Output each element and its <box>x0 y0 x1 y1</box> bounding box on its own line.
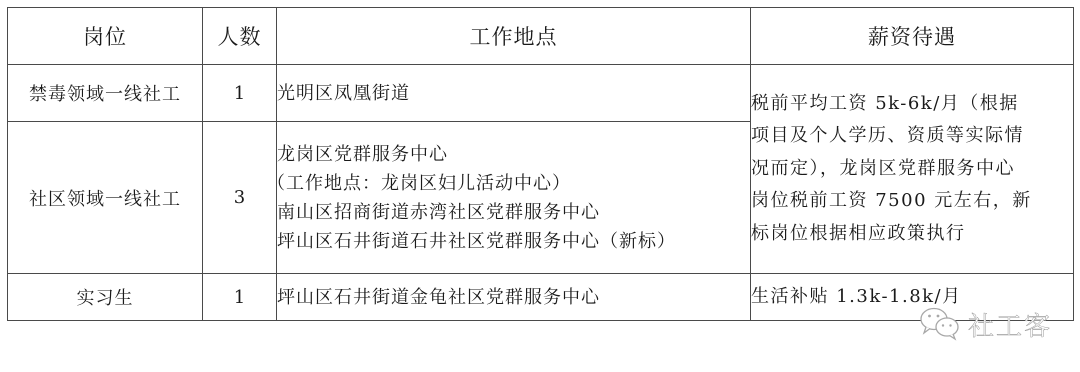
watermark: 社工客 <box>918 304 1052 344</box>
location-line: 龙岗区党群服务中心 <box>277 140 750 169</box>
header-location: 工作地点 <box>277 8 751 65</box>
salary-line: 税前平均工资 5k-6k/月（根据 <box>751 88 1073 121</box>
location-line: 坪山区石井街道石井社区党群服务中心（新标） <box>277 227 750 256</box>
header-count: 人数 <box>203 8 277 65</box>
salary-line: 标岗位根据相应政策执行 <box>751 218 1073 251</box>
table-row: 禁毒领域一线社工 1 光明区凤凰街道 税前平均工资 5k-6k/月（根据 项目及… <box>8 65 1074 122</box>
recruitment-table: 岗位 人数 工作地点 薪资待遇 禁毒领域一线社工 1 光明区凤凰街道 税前平均工… <box>7 7 1074 321</box>
watermark-text: 社工客 <box>968 306 1052 343</box>
table-row: 实习生 1 坪山区石井街道金龟社区党群服务中心 生活补贴 1.3k-1.8k/月 <box>8 274 1074 321</box>
salary-line: 况而定），龙岗区党群服务中心 <box>751 153 1073 186</box>
header-post: 岗位 <box>8 8 203 65</box>
location-line: （工作地点：龙岗区妇儿活动中心） <box>267 169 750 198</box>
location-line: 南山区招商街道赤湾社区党群服务中心 <box>277 198 750 227</box>
location-cell: 光明区凤凰街道 <box>277 65 751 122</box>
salary-cell-shared: 税前平均工资 5k-6k/月（根据 项目及个人学历、资质等实际情 况而定），龙岗… <box>751 65 1074 274</box>
post-cell: 禁毒领域一线社工 <box>8 65 203 122</box>
salary-line: 项目及个人学历、资质等实际情 <box>751 120 1073 153</box>
location-cell: 龙岗区党群服务中心 （工作地点：龙岗区妇儿活动中心） 南山区招商街道赤湾社区党群… <box>277 122 751 274</box>
table-header-row: 岗位 人数 工作地点 薪资待遇 <box>8 8 1074 65</box>
count-cell: 1 <box>203 274 277 321</box>
wechat-icon <box>918 306 962 342</box>
location-line: 光明区凤凰街道 <box>277 79 750 108</box>
header-salary: 薪资待遇 <box>751 8 1074 65</box>
post-cell: 社区领域一线社工 <box>8 122 203 274</box>
post-cell: 实习生 <box>8 274 203 321</box>
location-cell: 坪山区石井街道金龟社区党群服务中心 <box>277 274 751 321</box>
location-line: 坪山区石井街道金龟社区党群服务中心 <box>277 283 750 312</box>
count-cell: 3 <box>203 122 277 274</box>
count-cell: 1 <box>203 65 277 122</box>
salary-line: 岗位税前工资 7500 元左右，新 <box>751 185 1073 218</box>
